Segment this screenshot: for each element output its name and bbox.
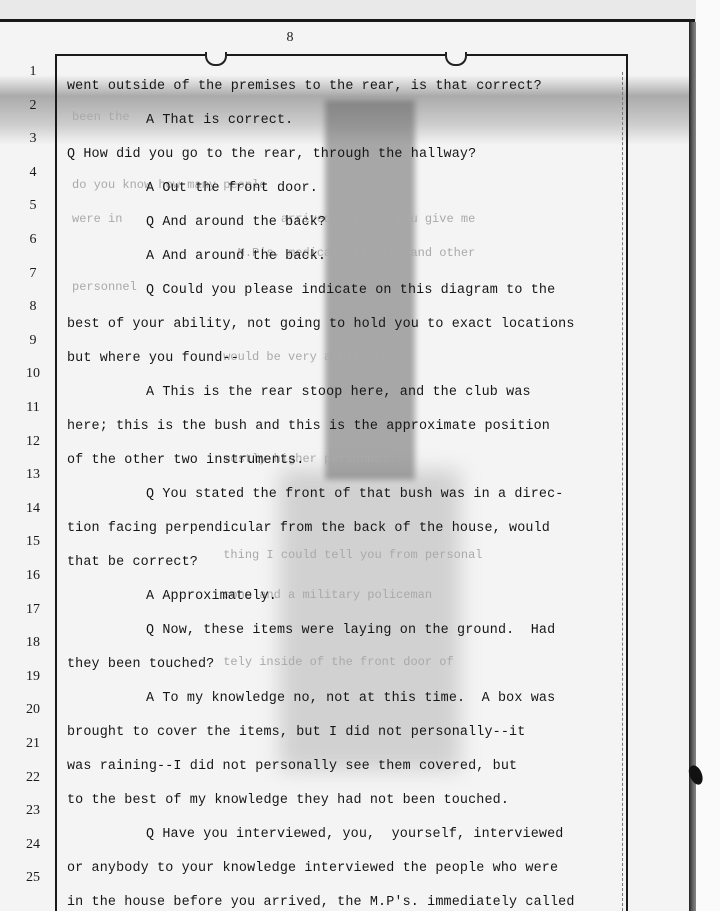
bleed-through-line: personnel <box>72 280 137 294</box>
line-number: 4 <box>18 165 48 181</box>
transcript-line: A Out the front door. <box>146 181 318 196</box>
transcript-line: Q And around the back? <box>146 215 326 230</box>
line-number: 23 <box>18 803 48 819</box>
line-number: 25 <box>18 870 48 886</box>
transcript-line: brought to cover the items, but I did no… <box>67 725 525 740</box>
line-number: 13 <box>18 467 48 483</box>
line-number: 15 <box>18 534 48 550</box>
line-number: 21 <box>18 736 48 752</box>
transcript-line: A This is the rear stoop here, and the c… <box>146 385 531 400</box>
line-number: 24 <box>18 837 48 853</box>
line-number: 8 <box>18 299 48 315</box>
line-number: 11 <box>18 400 48 416</box>
line-number: 16 <box>18 568 48 584</box>
transcript-line: was raining--I did not personally see th… <box>67 759 517 774</box>
transcript-line: Q How did you go to the rear, through th… <box>67 147 476 162</box>
transcript-line: A To my knowledge no, not at this time. … <box>146 691 555 706</box>
transcript-line: A Approximately. <box>146 589 277 604</box>
bleed-through-line: been the <box>72 110 130 124</box>
line-number: 17 <box>18 602 48 618</box>
line-number: 19 <box>18 669 48 685</box>
transcript-line: Q Have you interviewed, you, yourself, i… <box>146 827 563 842</box>
line-number: 22 <box>18 770 48 786</box>
transcript-line: A That is correct. <box>146 113 293 128</box>
line-number: 1 <box>18 64 48 80</box>
transcript-line: they been touched? <box>67 657 214 672</box>
page-number: 8 <box>280 30 300 46</box>
line-number: 12 <box>18 434 48 450</box>
transcript-line: A And around the back. <box>146 249 326 264</box>
line-number: 9 <box>18 333 48 349</box>
transcript-line: or anybody to your knowledge interviewed… <box>67 861 558 876</box>
line-number: 14 <box>18 501 48 517</box>
transcript-line: best of your ability, not going to hold … <box>67 317 575 332</box>
line-number: 18 <box>18 635 48 651</box>
margin-rule <box>622 72 623 911</box>
line-number: 10 <box>18 366 48 382</box>
transcript-line: but where you found-- <box>67 351 239 366</box>
line-number: 7 <box>18 266 48 282</box>
transcript-line: that be correct? <box>67 555 198 570</box>
line-number: 20 <box>18 702 48 718</box>
transcript-line: in the house before you arrived, the M.P… <box>67 895 575 910</box>
transcript-line: went outside of the premises to the rear… <box>67 79 542 94</box>
line-number: 5 <box>18 198 48 214</box>
line-number: 2 <box>18 98 48 114</box>
transcript-line: here; this is the bush and this is the a… <box>67 419 550 434</box>
transcript-line: Q Could you please indicate on this diag… <box>146 283 555 298</box>
transcript-line: Q Now, these items were laying on the gr… <box>146 623 555 638</box>
line-number: 6 <box>18 232 48 248</box>
transcript-line: of the other two instruments. <box>67 453 304 468</box>
line-number: 3 <box>18 131 48 147</box>
transcript-line: Q You stated the front of that bush was … <box>146 487 563 502</box>
transcript-line: tion facing perpendicular from the back … <box>67 521 550 536</box>
transcript-line: to the best of my knowledge they had not… <box>67 793 509 808</box>
